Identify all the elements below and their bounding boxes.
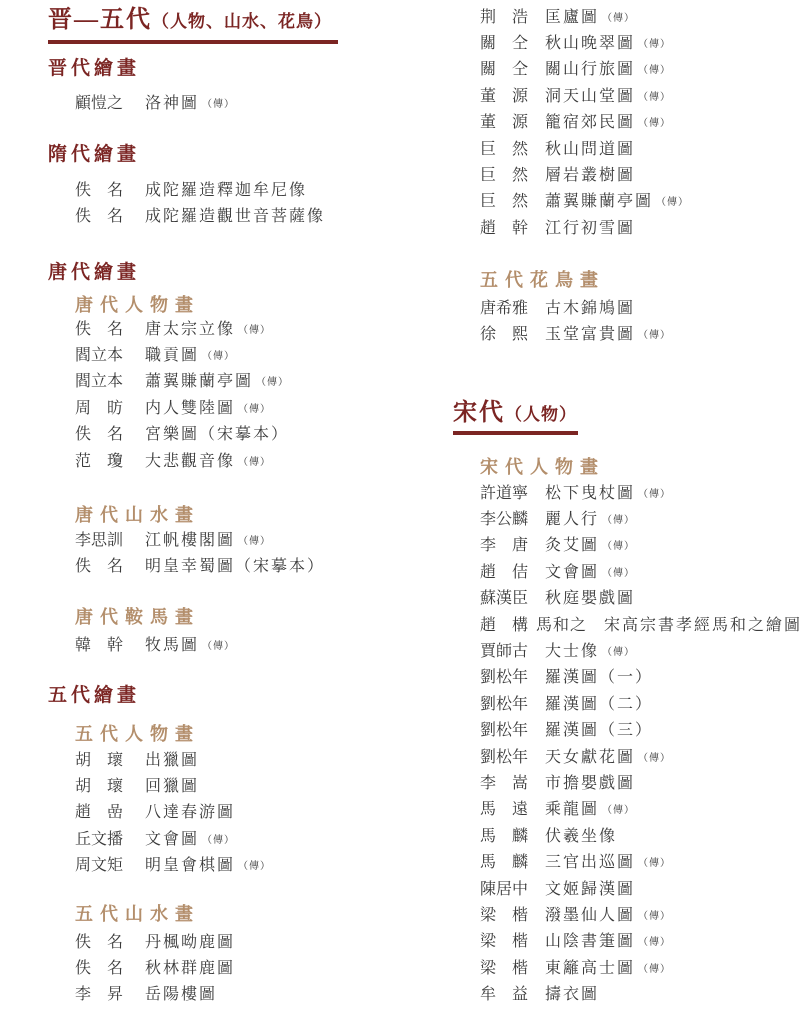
entry-author: 劉松年 (480, 744, 530, 767)
entry-author: 陳居中 (480, 876, 530, 899)
entry-attr-tag: （傳） (602, 801, 635, 816)
entry-author: 劉松年 (480, 717, 530, 740)
entry-row: 佚 名成陀羅造釋迦牟尼像 (75, 175, 325, 201)
entry-author: 梁 楷 (480, 902, 530, 925)
entry-attr-tag: （傳） (202, 95, 235, 110)
entry-attr-tag: （傳） (238, 532, 271, 547)
entry-title: 秋山問道圖 (545, 136, 635, 159)
entry-title: 乘龍圖 (545, 796, 599, 819)
entry-title: 内人雙陸圖 (145, 395, 235, 418)
entry-row: 牟 益擣衣圖 (480, 979, 800, 1005)
entry-author: 徐 熙 (480, 321, 530, 344)
subsection-heading-tang-horse: 唐代鞍馬畫 (75, 607, 200, 628)
entry-author: 賈師古 (480, 638, 530, 661)
entry-row: 許道寧松下曳杖圖（傳） (480, 478, 800, 504)
entry-author: 蘇漢臣 (480, 585, 530, 608)
entry-author: 關 仝 (480, 30, 530, 53)
entry-row: 關 仝關山行旅圖（傳） (480, 55, 689, 81)
entry-row: 李 昇岳陽樓圖 (75, 980, 235, 1006)
entry-attr-tag: （傳） (602, 9, 635, 24)
entry-author: 董 源 (480, 83, 530, 106)
entry-group-tang-landscape: 李思訓江帆樓閣圖（傳） 佚 名明皇幸蜀圖（宋摹本） (75, 525, 325, 578)
entry-attr-tag: （傳） (638, 907, 671, 922)
entry-title: 岳陽樓圖 (145, 981, 217, 1004)
entry-attr-tag: （傳） (602, 564, 635, 579)
entry-group-wudai-flower: 唐希雅古木錦鳩圖 徐 熙玉堂富貴圖（傳） (480, 293, 671, 346)
entry-author: 李思訓 (75, 527, 125, 550)
entry-title: 伏羲坐像 (545, 823, 617, 846)
entry-row: 顧愷之洛神圖（傳） (75, 88, 235, 114)
entry-title: 羅漢圖（三） (545, 717, 653, 740)
entry-row: 梁 楷東籬高士圖（傳） (480, 953, 800, 979)
entry-author: 馬 遠 (480, 796, 530, 819)
entry-author-second: 馬和之 (536, 612, 587, 635)
entry-title: 回獵圖 (145, 773, 199, 796)
entry-attr-tag: （傳） (602, 537, 635, 552)
entry-author: 董 源 (480, 109, 530, 132)
entry-row: 蘇漢臣秋庭嬰戲圖 (480, 584, 800, 610)
entry-title: 成陀羅造釋迦牟尼像 (145, 177, 307, 200)
entry-author: 荆 浩 (480, 4, 530, 27)
page-title-jin-wudai: 晋—五代（人物、山水、花鳥） (48, 5, 332, 36)
entry-author: 李 唐 (480, 532, 530, 555)
entry-row: 梁 楷潑墨仙人圖（傳） (480, 900, 800, 926)
subsection-heading-wudai-figure: 五代人物畫 (75, 724, 200, 745)
subsection-heading-wudai-flower: 五代花鳥畫 (480, 270, 605, 291)
entry-author: 李 昇 (75, 981, 125, 1004)
entry-author: 李 嵩 (480, 770, 530, 793)
entry-author: 閻立本 (75, 368, 125, 391)
entry-title: 玉堂富貴圖 (545, 321, 635, 344)
entry-author: 閻立本 (75, 342, 125, 365)
entry-row: 佚 名秋林群鹿圖 (75, 953, 235, 979)
entry-title: 松下曳杖圖 (545, 480, 635, 503)
page-title-paren: （人物） (505, 405, 577, 424)
entry-title: 麗人行 (545, 506, 599, 529)
entry-author: 佚 名 (75, 203, 125, 226)
entry-row: 胡 瓌回獵圖 (75, 771, 271, 797)
section-heading-tang: 唐代繪畫 (48, 262, 140, 284)
entry-attr-tag: （傳） (238, 400, 271, 415)
entry-attr-tag: （傳） (638, 854, 671, 869)
entry-title: 羅漢圖（二） (545, 691, 653, 714)
entry-title: 江帆樓閣圖 (145, 527, 235, 550)
entry-author: 馬 麟 (480, 823, 530, 846)
page-title-song: 宋代（人物） (453, 398, 577, 429)
entry-group-wudai-figure: 胡 瓌出獵圖 胡 瓌回獵圖 趙 嵒八達春游圖 丘文播文會圖（傳） 周文矩明皇會棋… (75, 745, 271, 877)
entry-author: 梁 楷 (480, 928, 530, 951)
entry-title: 擣衣圖 (545, 981, 599, 1004)
entry-row: 馬 麟三官出巡圖（傳） (480, 847, 800, 873)
entry-author: 佚 名 (75, 421, 125, 444)
entry-author: 胡 瓌 (75, 773, 125, 796)
subsection-heading-wudai-landscape: 五代山水畫 (75, 904, 200, 925)
entry-row: 李 嵩市擔嬰戲圖 (480, 768, 800, 794)
entry-row: 劉松年天女獻花圖（傳） (480, 742, 800, 768)
entry-row: 胡 瓌出獵圖 (75, 745, 271, 771)
entry-title: 明皇會棋圖 (145, 852, 235, 875)
entry-title: 八達春游圖 (145, 799, 235, 822)
entry-row: 佚 名成陀羅造觀世音菩薩像 (75, 201, 325, 227)
entry-attr-tag: （傳） (238, 857, 271, 872)
entry-title: 丹楓呦鹿圖 (145, 929, 235, 952)
subsection-heading-tang-landscape: 唐代山水畫 (75, 505, 200, 526)
entry-row: 閻立本蕭翼賺蘭亭圖（傳） (75, 367, 289, 393)
entry-row: 范 瓊大悲觀音像（傳） (75, 446, 289, 472)
entry-row: 李 唐灸艾圖（傳） (480, 531, 800, 557)
entry-author: 佚 名 (75, 316, 125, 339)
entry-author: 巨 然 (480, 162, 530, 185)
entry-group-song-figure: 許道寧松下曳杖圖（傳） 李公麟麗人行（傳） 李 唐灸艾圖（傳） 趙 佶文會圖（傳… (480, 478, 800, 1006)
entry-title: 職貢圖 (145, 342, 199, 365)
entry-title: 匡廬圖 (545, 4, 599, 27)
entry-title: 蕭翼賺蘭亭圖 (545, 188, 653, 211)
entry-row: 劉松年羅漢圖（三） (480, 716, 800, 742)
entry-title: 山陰書箑圖 (545, 928, 635, 951)
entry-author: 劉松年 (480, 691, 530, 714)
entry-row: 趙 嵒八達春游圖 (75, 798, 271, 824)
entry-author: 佚 名 (75, 955, 125, 978)
entry-attr-tag: （傳） (238, 453, 271, 468)
section-heading-jin: 晋代繪畫 (48, 58, 140, 80)
entry-row: 陳居中文姬歸漢圖 (480, 874, 800, 900)
entry-title: 文會圖 (545, 559, 599, 582)
entry-row: 劉松年羅漢圖（一） (480, 663, 800, 689)
entry-group-jin: 顧愷之洛神圖（傳） (75, 88, 235, 114)
entry-title: 層岩叢樹圖 (545, 162, 635, 185)
entry-attr-tag: （傳） (602, 511, 635, 526)
entry-author: 佚 名 (75, 553, 125, 576)
entry-attr-tag: （傳） (202, 831, 235, 846)
entry-title: 唐太宗立像 (145, 316, 235, 339)
entry-row: 馬 麟伏羲坐像 (480, 821, 800, 847)
entry-title: 宋高宗書孝經馬和之繪圖 (604, 612, 800, 635)
entry-row: 趙 構馬和之宋高宗書孝經馬和之繪圖 (480, 610, 800, 636)
subsection-heading-tang-figure: 唐代人物畫 (75, 295, 200, 316)
entry-author: 馬 麟 (480, 849, 530, 872)
entry-title: 江行初雪圖 (545, 215, 635, 238)
entry-title: 牧馬圖 (145, 632, 199, 655)
section-heading-wudai: 五代繪畫 (48, 685, 140, 707)
entry-row: 佚 名唐太宗立像（傳） (75, 314, 289, 340)
entry-row: 李思訓江帆樓閣圖（傳） (75, 525, 325, 551)
entry-group-wudai-landscape-left: 佚 名丹楓呦鹿圖 佚 名秋林群鹿圖 李 昇岳陽樓圖 (75, 927, 235, 1006)
entry-author: 李公麟 (480, 506, 530, 529)
entry-group-tang-horse: 韓 幹牧馬圖（傳） (75, 630, 235, 656)
entry-row: 丘文播文會圖（傳） (75, 824, 271, 850)
entry-row: 荆 浩匡廬圖（傳） (480, 2, 689, 28)
entry-author: 梁 楷 (480, 955, 530, 978)
entry-attr-tag: （傳） (238, 321, 271, 336)
entry-author: 牟 益 (480, 981, 530, 1004)
entry-author: 佚 名 (75, 177, 125, 200)
section-heading-sui: 隋代繪畫 (48, 144, 140, 166)
entry-row: 董 源籠宿郊民圖（傳） (480, 108, 689, 134)
entry-author: 趙 佶 (480, 559, 530, 582)
entry-title: 文姬歸漢圖 (545, 876, 635, 899)
entry-author: 關 仝 (480, 56, 530, 79)
entry-title: 大士像 (545, 638, 599, 661)
entry-title: 秋林群鹿圖 (145, 955, 235, 978)
entry-row: 佚 名宮樂圖（宋摹本） (75, 420, 289, 446)
entry-title: 東籬高士圖 (545, 955, 635, 978)
entry-title: 宮樂圖（宋摹本） (145, 421, 289, 444)
entry-title: 潑墨仙人圖 (545, 902, 635, 925)
page-title-main: 晋—五代 (48, 7, 152, 33)
entry-title: 關山行旅圖 (545, 56, 635, 79)
entry-attr-tag: （傳） (638, 960, 671, 975)
entry-title: 市擔嬰戲圖 (545, 770, 635, 793)
entry-row: 董 源洞天山堂圖（傳） (480, 81, 689, 107)
entry-row: 周 昉内人雙陸圖（傳） (75, 393, 289, 419)
entry-row: 巨 然秋山問道圖 (480, 134, 689, 160)
entry-attr-tag: （傳） (638, 933, 671, 948)
entry-title: 秋庭嬰戲圖 (545, 585, 635, 608)
entry-author: 范 瓊 (75, 448, 125, 471)
entry-attr-tag: （傳） (638, 88, 671, 103)
entry-author: 韓 幹 (75, 632, 125, 655)
entry-attr-tag: （傳） (638, 326, 671, 341)
entry-attr-tag: （傳） (638, 35, 671, 50)
entry-row: 梁 楷山陰書箑圖（傳） (480, 927, 800, 953)
entry-group-tang-figure: 佚 名唐太宗立像（傳） 閻立本職貢圖（傳） 閻立本蕭翼賺蘭亭圖（傳） 周 昉内人… (75, 314, 289, 472)
entry-attr-tag: （傳） (256, 373, 289, 388)
page-title-paren: （人物、山水、花鳥） (152, 12, 332, 31)
entry-attr-tag: （傳） (202, 347, 235, 362)
entry-title: 羅漢圖（一） (545, 664, 653, 687)
entry-row: 趙 佶文會圖（傳） (480, 557, 800, 583)
contents-page: 晋—五代（人物、山水、花鳥） 晋代繪畫 顧愷之洛神圖（傳） 隋代繪畫 佚 名成陀… (0, 0, 800, 1010)
entry-row: 韓 幹牧馬圖（傳） (75, 630, 235, 656)
entry-title: 明皇幸蜀圖（宋摹本） (145, 553, 325, 576)
entry-title: 出獵圖 (145, 747, 199, 770)
entry-author: 劉松年 (480, 664, 530, 687)
entry-attr-tag: （傳） (638, 61, 671, 76)
entry-title: 蕭翼賺蘭亭圖 (145, 368, 253, 391)
entry-title: 洞天山堂圖 (545, 83, 635, 106)
entry-row: 巨 然蕭翼賺蘭亭圖（傳） (480, 187, 689, 213)
entry-row: 賈師古大士像（傳） (480, 636, 800, 662)
entry-title: 天女獻花圖 (545, 744, 635, 767)
entry-group-wudai-landscape-right: 荆 浩匡廬圖（傳） 關 仝秋山晚翠圖（傳） 關 仝關山行旅圖（傳） 董 源洞天山… (480, 2, 689, 240)
entry-title: 大悲觀音像 (145, 448, 235, 471)
entry-title: 籠宿郊民圖 (545, 109, 635, 132)
entry-row: 佚 名丹楓呦鹿圖 (75, 927, 235, 953)
entry-author: 趙 構 (480, 612, 530, 635)
entry-row: 李公麟麗人行（傳） (480, 504, 800, 530)
entry-author: 周 昉 (75, 395, 125, 418)
entry-attr-tag: （傳） (638, 114, 671, 129)
entry-row: 閻立本職貢圖（傳） (75, 340, 289, 366)
entry-title: 秋山晚翠圖 (545, 30, 635, 53)
entry-author: 胡 瓌 (75, 747, 125, 770)
entry-title: 成陀羅造觀世音菩薩像 (145, 203, 325, 226)
entry-attr-tag: （傳） (202, 637, 235, 652)
title-underline (453, 431, 578, 435)
entry-attr-tag: （傳） (638, 485, 671, 500)
entry-row: 趙 幹江行初雪圖 (480, 213, 689, 239)
entry-title: 古木錦鳩圖 (545, 295, 635, 318)
entry-row: 劉松年羅漢圖（二） (480, 689, 800, 715)
entry-title: 灸艾圖 (545, 532, 599, 555)
entry-group-sui: 佚 名成陀羅造釋迦牟尼像 佚 名成陀羅造觀世音菩薩像 (75, 175, 325, 228)
entry-attr-tag: （傳） (602, 643, 635, 658)
entry-attr-tag: （傳） (656, 193, 689, 208)
entry-row: 周文矩明皇會棋圖（傳） (75, 851, 271, 877)
entry-row: 關 仝秋山晚翠圖（傳） (480, 28, 689, 54)
entry-attr-tag: （傳） (638, 749, 671, 764)
subsection-heading-song-figure: 宋代人物畫 (480, 457, 605, 478)
entry-row: 馬 遠乘龍圖（傳） (480, 795, 800, 821)
page-title-main: 宋代 (453, 400, 505, 426)
entry-row: 唐希雅古木錦鳩圖 (480, 293, 671, 319)
entry-author: 趙 幹 (480, 215, 530, 238)
entry-title: 文會圖 (145, 826, 199, 849)
entry-author: 顧愷之 (75, 90, 125, 113)
entry-author: 周文矩 (75, 852, 125, 875)
entry-row: 佚 名明皇幸蜀圖（宋摹本） (75, 551, 325, 577)
entry-author: 許道寧 (480, 480, 530, 503)
entry-author: 巨 然 (480, 188, 530, 211)
entry-title: 三官出巡圖 (545, 849, 635, 872)
entry-author: 佚 名 (75, 929, 125, 952)
title-underline (48, 40, 338, 44)
entry-title: 洛神圖 (145, 90, 199, 113)
entry-author: 趙 嵒 (75, 799, 125, 822)
entry-row: 徐 熙玉堂富貴圖（傳） (480, 319, 671, 345)
entry-author: 唐希雅 (480, 295, 530, 318)
entry-row: 巨 然層岩叢樹圖 (480, 160, 689, 186)
entry-author: 巨 然 (480, 136, 530, 159)
entry-author: 丘文播 (75, 826, 125, 849)
